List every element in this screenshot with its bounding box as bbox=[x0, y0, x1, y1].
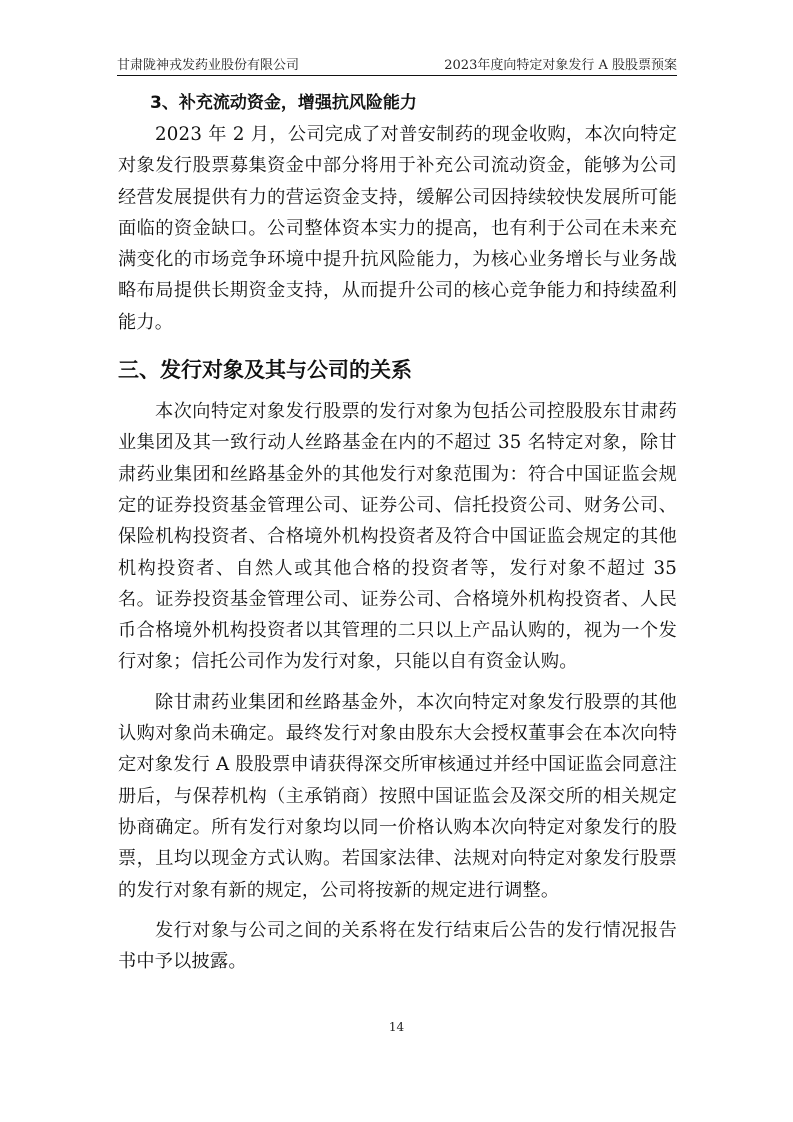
paragraph-relationship-disclosure: 发行对象与公司之间的关系将在发行结束后公告的发行情况报告书中予以披露。 bbox=[118, 915, 677, 978]
section-heading-issuance-targets: 三、发行对象及其与公司的关系 bbox=[118, 356, 677, 384]
page-content: 3、补充流动资金，增强抗风险能力 2023 年 2 月，公司完成了对普安制药的现… bbox=[118, 88, 677, 986]
header-document-title: 2023年度向特定对象发行 A 股股票预案 bbox=[444, 58, 677, 73]
page-number: 14 bbox=[0, 1020, 793, 1034]
header-company-name: 甘肃陇神戎发药业股份有限公司 bbox=[117, 58, 299, 73]
paragraph-other-subscribers: 除甘肃药业集团和丝路基金外，本次向特定对象发行股票的其他认购对象尚未确定。最终发… bbox=[118, 687, 677, 906]
page-header: 甘肃陇神戎发药业股份有限公司 2023年度向特定对象发行 A 股股票预案 bbox=[117, 58, 677, 76]
paragraph-working-capital: 2023 年 2 月，公司完成了对普安制药的现金收购，本次向特定对象发行股票募集… bbox=[118, 119, 677, 338]
paragraph-issuance-targets: 本次向特定对象发行股票的发行对象为包括公司控股股东甘肃药业集团及其一致行动人丝路… bbox=[118, 396, 677, 678]
subheading-working-capital: 3、补充流动资金，增强抗风险能力 bbox=[118, 88, 677, 119]
